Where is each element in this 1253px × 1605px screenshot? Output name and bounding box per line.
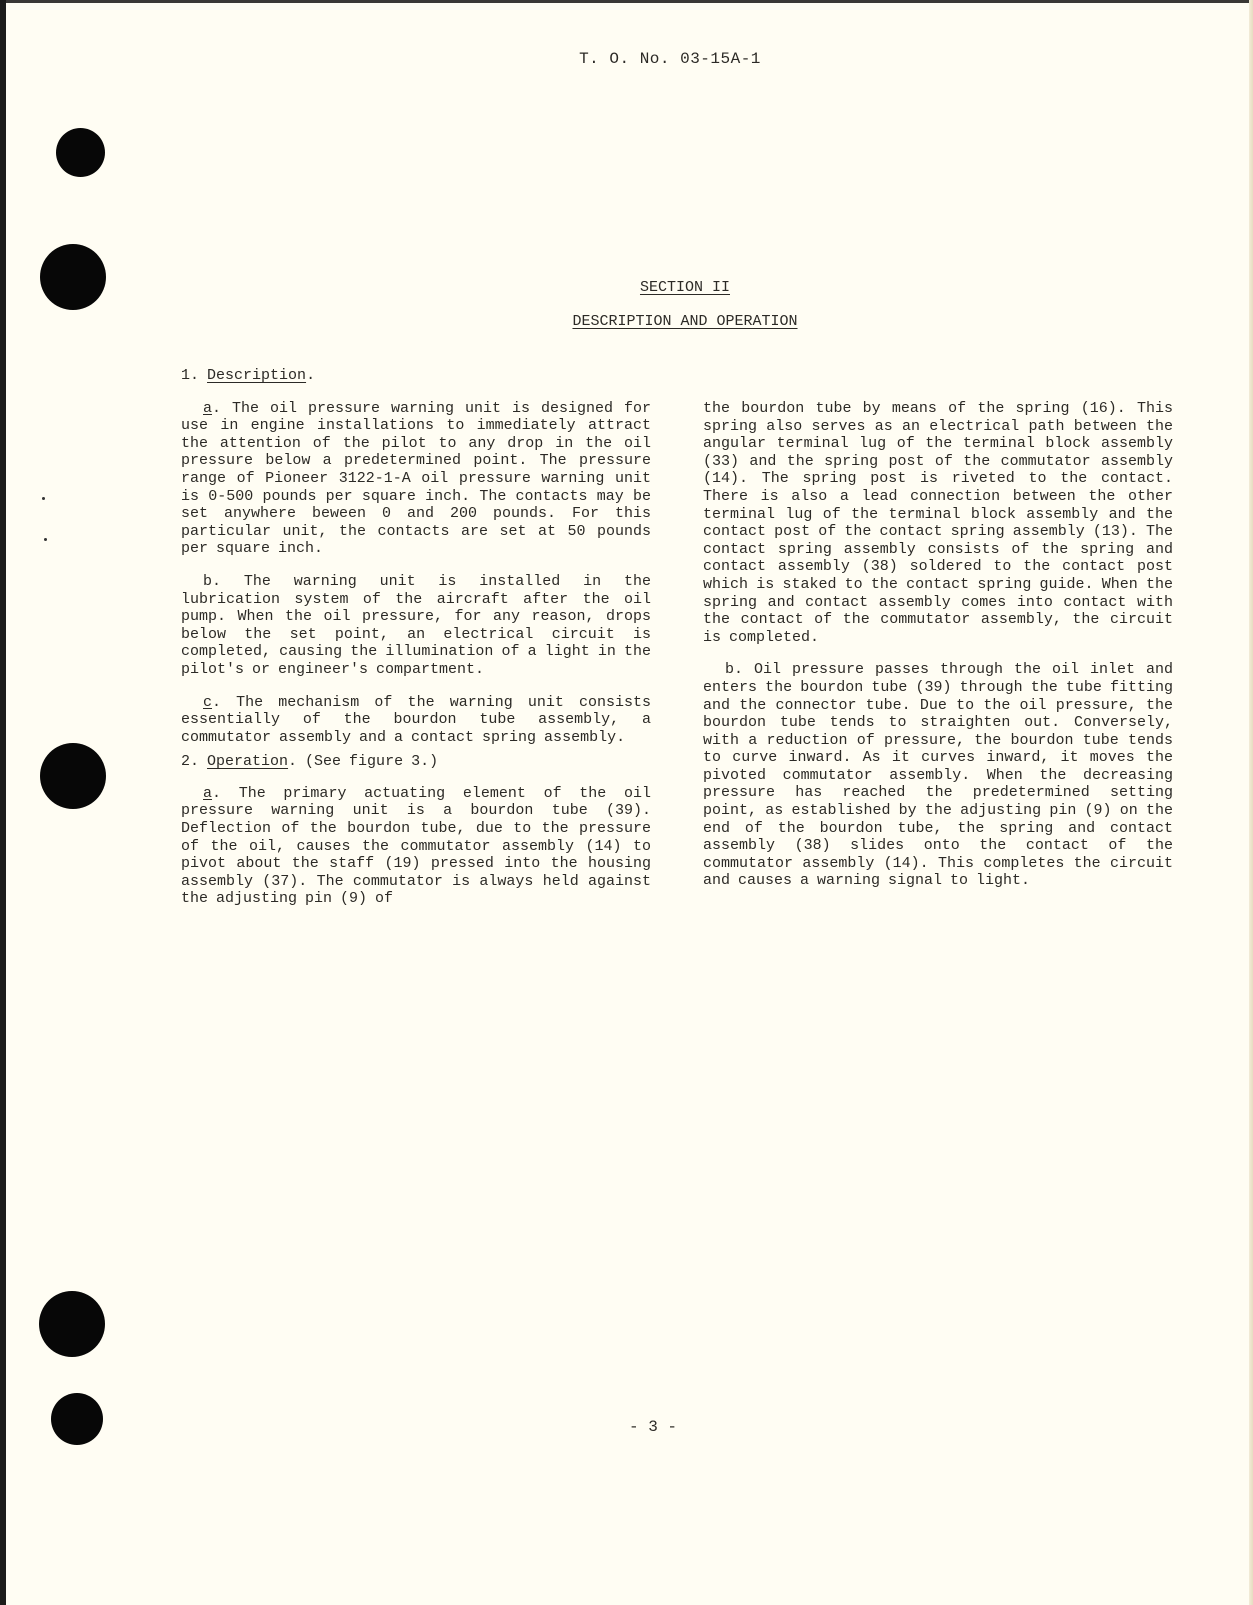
heading-operation: 2. Operation. (See figure 3.) xyxy=(181,753,651,771)
document-reference-number: T. O. No. 03-15A-1 xyxy=(0,50,1253,68)
punch-hole-icon xyxy=(40,743,106,809)
paragraph-2a-continued: the bourdon tube by means of the spring … xyxy=(703,400,1173,646)
punch-hole-icon xyxy=(40,244,106,310)
paragraph-2a: a. The primary actuating element of the … xyxy=(181,785,651,908)
paragraph-text: . Oil pressure passes through the oil in… xyxy=(703,661,1173,889)
paragraph-text: . The warning unit is installed in the l… xyxy=(181,573,651,678)
punch-hole-icon xyxy=(56,128,105,177)
page-edge-left xyxy=(0,0,6,1605)
paragraph-2b: b. Oil pressure passes through the oil i… xyxy=(703,661,1173,890)
heading-number: 2. xyxy=(181,753,199,770)
scan-speck xyxy=(44,538,47,541)
paragraph-1c: c. The mechanism of the warning unit con… xyxy=(181,694,651,747)
section-title: DESCRIPTION AND OPERATION xyxy=(0,313,1253,330)
paragraph-label: a xyxy=(203,785,212,802)
paragraph-label: b xyxy=(725,661,734,678)
heading-suffix: . xyxy=(306,367,315,384)
section-number: SECTION II xyxy=(0,279,1253,296)
paragraph-label: b xyxy=(203,573,212,590)
paragraph-text: . The mechanism of the warning unit cons… xyxy=(181,694,651,746)
heading-title: Operation xyxy=(207,753,288,770)
heading-number: 1. xyxy=(181,367,199,384)
paragraph-1b: b. The warning unit is installed in the … xyxy=(181,573,651,679)
section-number-text: SECTION II xyxy=(640,279,730,296)
paragraph-text: the bourdon tube by means of the spring … xyxy=(703,400,1173,646)
paragraph-label: a xyxy=(203,400,212,417)
left-column: 1. Description. a. The oil pressure warn… xyxy=(181,367,651,923)
right-column: the bourdon tube by means of the spring … xyxy=(703,400,1173,905)
page-number: - 3 - xyxy=(0,1418,1253,1436)
heading-title: Description xyxy=(207,367,306,384)
paragraph-text: . The oil pressure warning unit is desig… xyxy=(181,400,651,558)
scan-speck xyxy=(42,497,45,500)
paragraph-text: . The primary actuating element of the o… xyxy=(181,785,651,908)
punch-hole-icon xyxy=(39,1291,105,1357)
page-edge-top xyxy=(0,0,1253,3)
paragraph-label: c xyxy=(203,694,212,711)
section-title-text: DESCRIPTION AND OPERATION xyxy=(572,313,797,330)
page-edge-right xyxy=(1249,0,1253,1605)
heading-suffix: . (See figure 3.) xyxy=(288,753,438,770)
heading-description: 1. Description. xyxy=(181,367,651,385)
paragraph-1a: a. The oil pressure warning unit is desi… xyxy=(181,400,651,558)
